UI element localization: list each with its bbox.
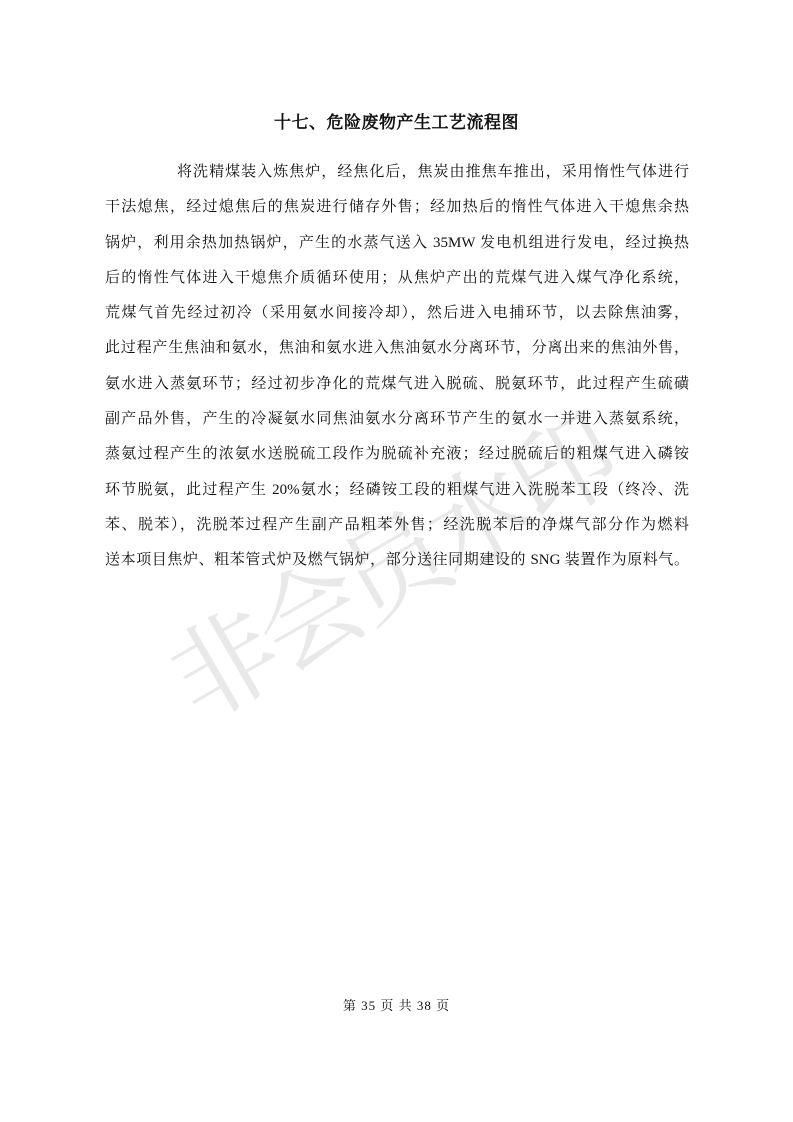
paragraph-line: 后的惰性气体进入干熄焦介质循环使用；从焦炉产出的荒煤气进入煤气净化系统，: [105, 261, 689, 296]
body-paragraph: 将洗精煤装入炼焦炉，经焦化后，焦炭由推焦车推出，采用惰性气体进行干法熄焦，经过熄…: [105, 155, 689, 579]
paragraph-line: 蒸氨过程产生的浓氨水送脱硫工段作为脱硫补充液；经过脱硫后的粗煤气进入磷铵: [105, 437, 689, 472]
paragraph-line: 荒煤气首先经过初冷（采用氨水间接冷却），然后进入电捕环节，以去除焦油雾，: [105, 296, 689, 331]
page-footer: 第 35 页 共 38 页: [0, 995, 793, 1014]
paragraph-line: 送本项目焦炉、粗苯管式炉及燃气锅炉，部分送往同期建设的 SNG 装置作为原料气。: [105, 543, 689, 578]
document-page: 非会员水印 十七、危险废物产生工艺流程图 将洗精煤装入炼焦炉，经焦化后，焦炭由推…: [0, 0, 793, 1122]
page-title: 十七、危险废物产生工艺流程图: [0, 108, 793, 133]
paragraph-line: 锅炉，利用余热加热锅炉，产生的水蒸气送入 35MW 发电机组进行发电，经过换热: [105, 226, 689, 261]
paragraph-line: 环节脱氨，此过程产生 20%氨水；经磷铵工段的粗煤气进入洗脱苯工段（终冷、洗: [105, 473, 689, 508]
paragraph-line: 氨水进入蒸氨环节；经过初步净化的荒煤气进入脱硫、脱氨环节，此过程产生硫磺: [105, 367, 689, 402]
paragraph-line: 此过程产生焦油和氨水，焦油和氨水进入焦油氨水分离环节，分离出来的焦油外售，: [105, 331, 689, 366]
paragraph-line: 苯、脱苯），洗脱苯过程产生副产品粗苯外售；经洗脱苯后的净煤气部分作为燃料: [105, 508, 689, 543]
paragraph-line: 副产品外售，产生的冷凝氨水同焦油氨水分离环节产生的氨水一并进入蒸氨系统，: [105, 402, 689, 437]
paragraph-line: 将洗精煤装入炼焦炉，经焦化后，焦炭由推焦车推出，采用惰性气体进行: [105, 155, 689, 190]
paragraph-line: 干法熄焦，经过熄焦后的焦炭进行储存外售；经加热后的惰性气体进入干熄焦余热: [105, 190, 689, 225]
